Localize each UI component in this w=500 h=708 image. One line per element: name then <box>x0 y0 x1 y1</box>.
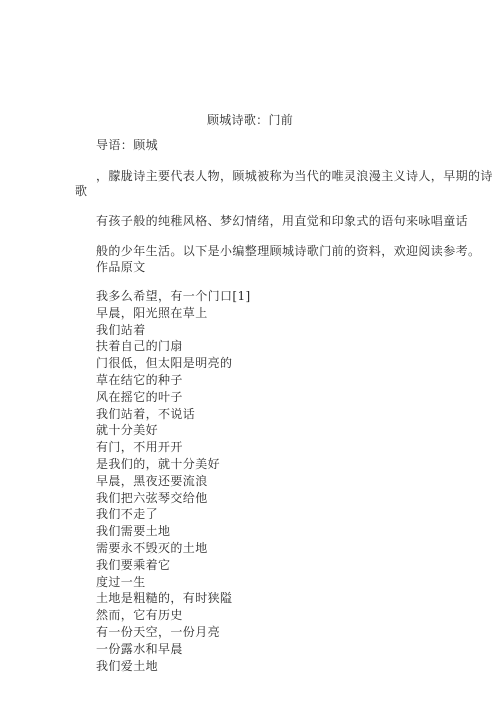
poem-line: 门很低，但太阳是明亮的 <box>96 355 251 372</box>
intro-line: 导语：顾城 <box>96 137 158 153</box>
poem-line: 我们不走了 <box>96 506 251 523</box>
paragraph-1: ，朦胧诗主要代表人物，顾城被称为当代的唯灵浪漫主义诗人，早期的诗 <box>96 168 493 184</box>
poem-line: 土地是粗糙的，有时狭隘 <box>96 590 251 607</box>
poem-line: 然而，它有历史 <box>96 607 251 624</box>
section-heading: 作品原文 <box>96 259 146 275</box>
poem-line: 我们爱土地 <box>96 658 251 675</box>
poem-line: 我们站着 <box>96 322 251 339</box>
poem-line: 就十分美好 <box>96 422 251 439</box>
poem-line: 有门，不用开开 <box>96 439 251 456</box>
poem-line: 需要永不毁灭的土地 <box>96 540 251 557</box>
poem-line: 我们要乘着它 <box>96 557 251 574</box>
poem-line: 我们把六弦琴交给他 <box>96 490 251 507</box>
poem-line: 有一份天空，一份月亮 <box>96 624 251 641</box>
paragraph-3: 般的少年生活。以下是小编整理顾城诗歌门前的资料，欢迎阅读参考。 <box>96 243 480 259</box>
poem-line: 草在结它的种子 <box>96 372 251 389</box>
paragraph-1-wrap: 歌 <box>75 183 87 199</box>
poem-line: 我们需要土地 <box>96 523 251 540</box>
poem-line: 一份露水和早晨 <box>96 641 251 658</box>
poem-line: 早晨，阳光照在草上 <box>96 305 251 322</box>
poem-body: 我多么希望，有一个门口[1] 早晨，阳光照在草上 我们站着 扶着自己的门扇 门很… <box>96 288 251 674</box>
poem-line: 扶着自己的门扇 <box>96 338 251 355</box>
poem-line: 度过一生 <box>96 574 251 591</box>
poem-line: 早晨，黑夜还要流浪 <box>96 473 251 490</box>
poem-line: 是我们的，就十分美好 <box>96 456 251 473</box>
poem-line: 风在摇它的叶子 <box>96 389 251 406</box>
document-page: 顾城诗歌：门前 导语：顾城 ，朦胧诗主要代表人物，顾城被称为当代的唯灵浪漫主义诗… <box>0 0 500 708</box>
document-title: 顾城诗歌：门前 <box>0 112 500 128</box>
poem-line: 我多么希望，有一个门口[1] <box>96 288 251 305</box>
poem-line: 我们站着，不说话 <box>96 406 251 423</box>
paragraph-2: 有孩子般的纯稚风格、梦幻情绪，用直觉和印象式的语句来咏唱童话 <box>96 213 468 229</box>
